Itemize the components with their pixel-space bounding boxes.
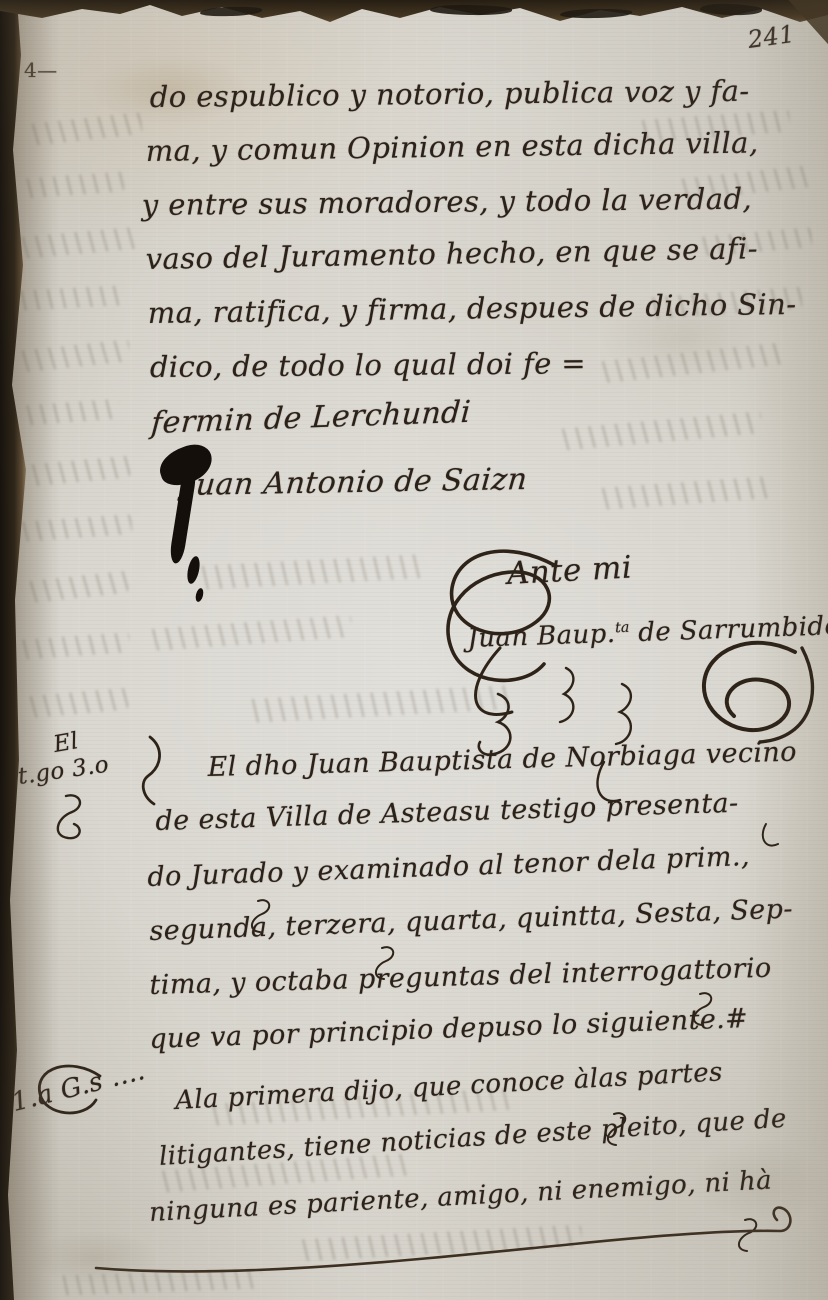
ante-mi-flourish [476, 648, 512, 714]
filler-mark [739, 1219, 756, 1251]
manuscript-line: El dho Juan Bauptista de Norbiaga vecino [207, 737, 797, 783]
corner-mark: 4— [24, 58, 58, 82]
ghost-text-line [29, 112, 143, 146]
margin-brace [143, 737, 159, 804]
ghost-text-line [300, 1225, 583, 1262]
margin-note-answer: 1.a G.s .... [9, 1056, 148, 1118]
manuscript-line: segunda, terzera, quarta, quintta, Sesta… [149, 894, 793, 947]
notary-signature: Juan Baup.ta de Sarrumbide [467, 611, 828, 654]
notary-superscript: ta [615, 620, 630, 636]
notary-rubric [760, 648, 812, 742]
notary-rubric [704, 643, 795, 730]
ghost-text-line [27, 571, 129, 603]
ghost-text-line [19, 632, 130, 660]
manuscript-line: do espublico y notorio, publica voz y fa… [150, 74, 750, 114]
manuscript-line: do Jurado y examinado al tenor dela prim… [147, 841, 750, 893]
ghost-text-line [19, 339, 131, 372]
margin-flourish [58, 795, 80, 838]
ghost-text-line [599, 343, 782, 384]
pen-mark [560, 668, 573, 722]
ghost-text-line [27, 688, 129, 719]
manuscript-line: dico, de todo lo qual doi fe = [150, 346, 586, 384]
torn-edge-clump [560, 8, 632, 18]
ante-mi-label: Ante mi [506, 550, 633, 592]
manuscript-line: ma, y comun Opinion en esta dicha villa, [146, 125, 759, 168]
ghost-text-line [23, 172, 124, 199]
ghost-text-line [23, 399, 120, 426]
paper-stain [30, 1230, 160, 1285]
manuscript-line: ninguna es pariente, amigo, ni enemigo, … [148, 1165, 772, 1228]
manuscript-line: vaso del Juramento hecho, en que se afi- [145, 231, 758, 276]
pen-mark [616, 684, 631, 744]
ghost-text-line [19, 227, 136, 259]
ghost-text-line [200, 554, 423, 590]
manuscript-line: tima, y octaba preguntas del interrogatt… [149, 953, 772, 1001]
ghost-text-line [18, 285, 125, 311]
torn-edge-clump [430, 4, 512, 15]
manuscript-line: de esta Villa de Asteasu testigo present… [155, 788, 739, 837]
torn-top-edge [0, 0, 828, 28]
manuscript-page: 241 4— do espublico y notorio, publica v… [0, 0, 828, 1300]
manuscript-line: y entre sus moradores, y todo la verdad, [142, 182, 753, 222]
ghost-text-line [149, 615, 352, 651]
ghost-text-line [19, 514, 132, 542]
signature-juan-antonio: Juan Antonio de Saizn [182, 462, 529, 503]
signature-fermin-lerchundi: fermin de Lerchundi [150, 395, 472, 441]
ghost-text-line [250, 685, 513, 723]
filler-mark [763, 824, 778, 846]
ghost-text-line [29, 456, 131, 487]
manuscript-line: Ala primera dijo, que conoce àlas partes [174, 1057, 723, 1116]
margin-note-witness-1: El [51, 728, 80, 758]
manuscript-line: que va por principio depuso lo siguiente… [149, 1003, 749, 1055]
manuscript-line: litigantes, tiene noticias de este pleit… [158, 1104, 787, 1172]
ghost-text-line [60, 1268, 263, 1295]
manuscript-line: ma, ratifica, y firma, despues de dicho … [148, 287, 797, 330]
folio-number: 241 [746, 20, 796, 54]
ghost-text-line [599, 476, 772, 510]
ghost-text-line [559, 411, 762, 451]
margin-note-witness-2: t.go 3.o [16, 752, 110, 790]
